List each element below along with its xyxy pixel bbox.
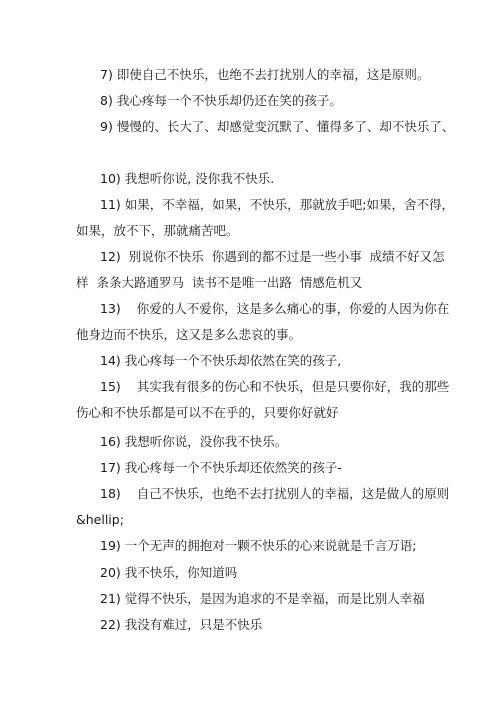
list-item: 15) 其实我有很多的伤心和不快乐，但是只要你好，我的那些 (100, 379, 449, 395)
list-item: 9)慢慢的、长大了、却感觉变沉默了、懂得多了、却不快乐了、 (100, 119, 454, 135)
item-text: 一个无声的拥抱对一颗不快乐的心来说就是千言万语; (125, 538, 417, 553)
item-text: 觉得不快乐，是因为追求的不是幸福，而是比别人幸福 (125, 591, 425, 606)
list-item: 22)我没有难过，只是不快乐 (100, 617, 262, 633)
list-item-continuation: 他身边而不快乐，这又是多么悲哀的事。 (76, 327, 301, 343)
item-number: 13) (100, 301, 121, 317)
item-number: 15) (100, 379, 121, 395)
item-text: 伤心和不快乐都是可以不在乎的，只要你好就好 (76, 405, 339, 420)
item-number: 22) (100, 617, 121, 633)
item-text: 我心疼每一个不快乐却还依然笑的孩子- (125, 460, 342, 475)
item-number: 17) (100, 460, 121, 476)
item-text: 别说你不快乐 你遇到的都不过是一些小事 成绩不好又怎 (125, 249, 445, 264)
list-item: 14)我心疼每一个不快乐却依然在笑的孩子, (100, 353, 341, 369)
item-number: 12) (100, 249, 121, 265)
item-text: 如果，不幸福，如果，不快乐，那就放手吧;如果，舍不得， (125, 197, 454, 212)
list-item-continuation: &hellip; (76, 512, 124, 528)
item-text: 你爱的人不爱你，这是多么痛心的事，你爱的人因为你在 (125, 301, 449, 316)
item-number: 7) (100, 67, 113, 83)
item-number: 10) (100, 171, 121, 187)
item-text: &hellip; (76, 512, 124, 527)
list-item: 19)一个无声的拥抱对一颗不快乐的心来说就是千言万语; (100, 538, 417, 554)
list-item-continuation: 如果，放不下，那就痛苦吧。 (76, 223, 239, 239)
item-number: 16) (100, 434, 121, 450)
item-text: 他身边而不快乐，这又是多么悲哀的事。 (76, 327, 301, 342)
item-number: 14) (100, 353, 121, 369)
item-number: 20) (100, 565, 121, 581)
item-text: 我想听你说，没你我不快乐。 (125, 434, 288, 449)
list-item-continuation: 伤心和不快乐都是可以不在乎的，只要你好就好 (76, 405, 339, 421)
item-text: 我心疼每一个不快乐却依然在笑的孩子, (125, 353, 341, 368)
item-text: 慢慢的、长大了、却感觉变沉默了、懂得多了、却不快乐了、 (117, 119, 455, 134)
list-item-continuation: 样 条条大路通罗马 读书不是唯一出路 情感危机又 (76, 275, 362, 291)
list-item: 11)如果，不幸福，如果，不快乐，那就放手吧;如果，舍不得， (100, 197, 454, 213)
list-item: 16)我想听你说，没你我不快乐。 (100, 434, 287, 450)
item-text: 样 条条大路通罗马 读书不是唯一出路 情感危机又 (76, 275, 362, 290)
list-item: 18) 自己不快乐，也绝不去打扰别人的幸福，这是做人的原则 (100, 486, 449, 502)
item-text: 我不快乐，你知道吗 (125, 565, 238, 580)
list-item: 10)我想听你说, 没你我不快乐. (100, 171, 274, 187)
list-item: 12) 别说你不快乐 你遇到的都不过是一些小事 成绩不好又怎 (100, 249, 445, 265)
item-text: 我没有难过，只是不快乐 (125, 617, 263, 632)
item-text: 自己不快乐，也绝不去打扰别人的幸福，这是做人的原则 (125, 486, 449, 501)
list-item: 8)我心疼每一个不快乐却仍还在笑的孩子。 (100, 93, 342, 109)
item-text: 即使自己不快乐，也绝不去打扰别人的幸福，这是原则。 (117, 67, 430, 82)
list-item: 20)我不快乐，你知道吗 (100, 565, 237, 581)
item-text: 我想听你说, 没你我不快乐. (125, 171, 274, 186)
item-number: 11) (100, 197, 121, 213)
item-number: 8) (100, 93, 113, 109)
item-number: 21) (100, 591, 121, 607)
list-item: 13) 你爱的人不爱你，这是多么痛心的事，你爱的人因为你在 (100, 301, 449, 317)
item-number: 19) (100, 538, 121, 554)
list-item: 7)即使自己不快乐，也绝不去打扰别人的幸福，这是原则。 (100, 67, 429, 83)
item-text: 如果，放不下，那就痛苦吧。 (76, 223, 239, 238)
item-text: 我心疼每一个不快乐却仍还在笑的孩子。 (117, 93, 342, 108)
list-item: 17)我心疼每一个不快乐却还依然笑的孩子- (100, 460, 342, 476)
item-number: 9) (100, 119, 113, 135)
item-text: 其实我有很多的伤心和不快乐，但是只要你好，我的那些 (125, 379, 449, 394)
list-item: 21)觉得不快乐，是因为追求的不是幸福，而是比别人幸福 (100, 591, 425, 607)
item-number: 18) (100, 486, 121, 502)
